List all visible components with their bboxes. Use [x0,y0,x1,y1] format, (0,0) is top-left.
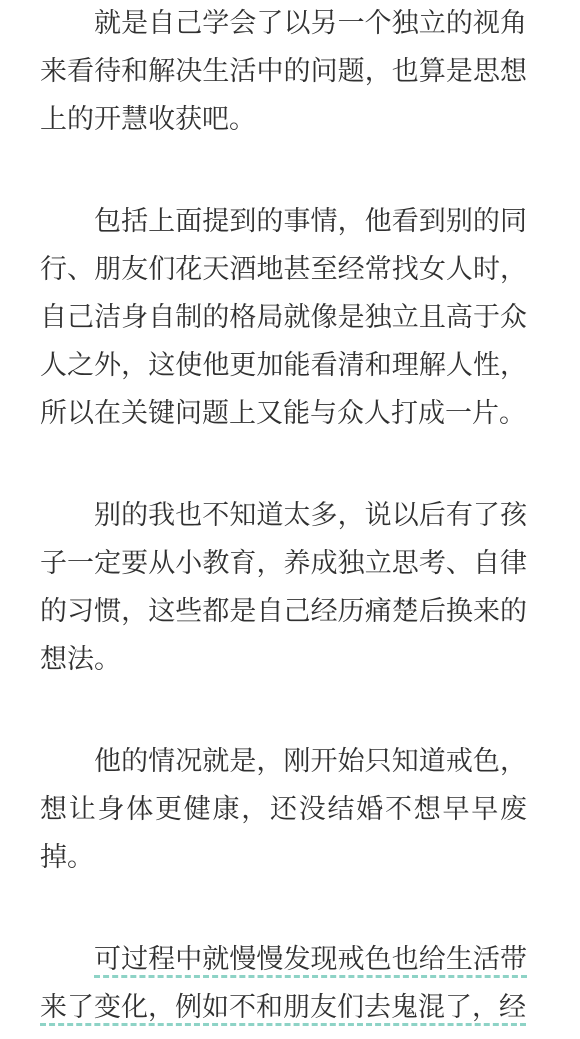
article-page: 就是自己学会了以另一个独立的视角来看待和解决生活中的问题，也算是思想上的开慧收获… [0,0,580,1039]
paragraph: 别的我也不知道太多，说以后有了孩子一定要从小教育，养成独立思考、自律的习惯，这些… [40,492,527,684]
paragraph: 包括上面提到的事情，他看到别的同行、朋友们花天酒地甚至经常找女人时，自己洁身自制… [40,198,527,438]
article-body: 就是自己学会了以另一个独立的视角来看待和解决生活中的问题，也算是思想上的开慧收获… [40,0,527,1032]
paragraph-highlighted: 可过程中就慢慢发现戒色也给生活带来了变化，例如不和朋友们去鬼混了，经 [40,936,527,1032]
paragraph: 他的情况就是，刚开始只知道戒色，想让身体更健康，还没结婚不想早早废掉。 [40,738,527,882]
paragraph: 就是自己学会了以另一个独立的视角来看待和解决生活中的问题，也算是思想上的开慧收获… [40,0,527,144]
